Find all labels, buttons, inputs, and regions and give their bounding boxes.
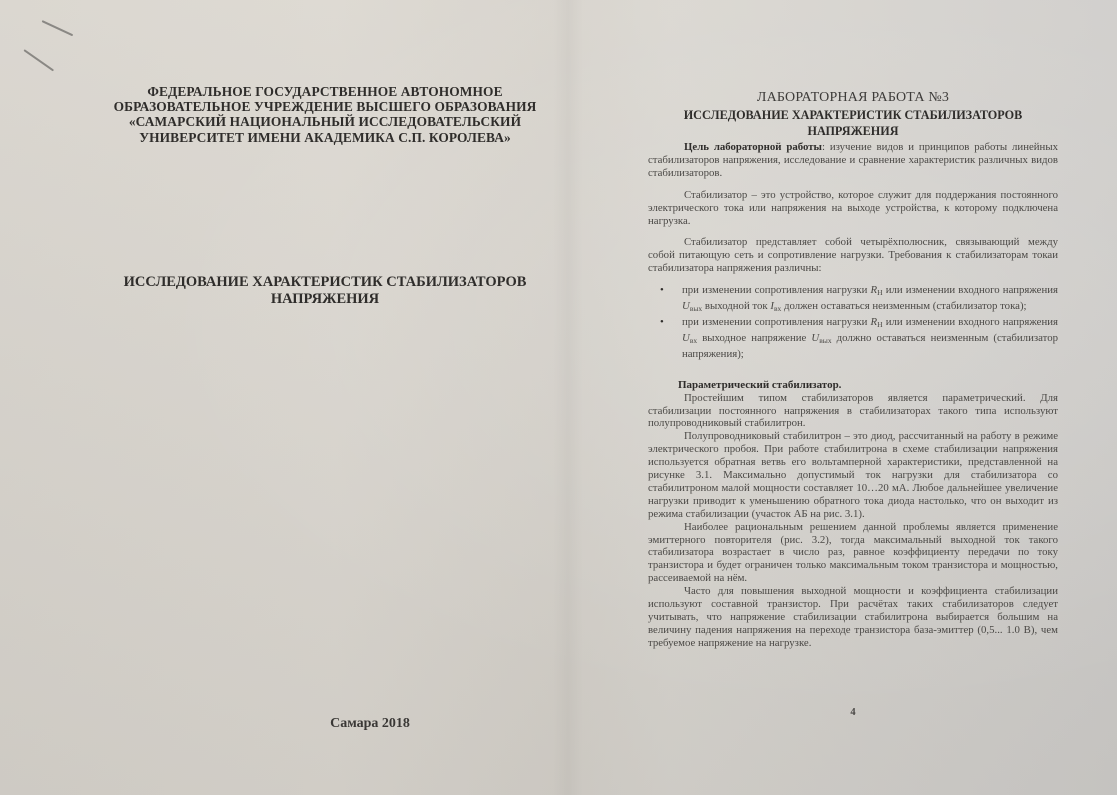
section-heading: Параметрический стабилизатор. (648, 379, 1058, 392)
goal-label: Цель лабораторной работы (684, 141, 822, 153)
organization-line: УНИВЕРСИТЕТ ИМЕНИ АКАДЕМИКА С.П. КОРОЛЕВ… (60, 130, 590, 145)
lab-work-title: ИССЛЕДОВАНИЕ ХАРАКТЕРИСТИК СТАБИЛИЗАТОРО… (648, 108, 1058, 139)
page-body: Цель лабораторной работы: изучение видов… (648, 141, 1058, 650)
list-item: при изменении сопротивления нагрузки RH … (682, 284, 1058, 316)
lab-title-line: ИССЛЕДОВАНИЕ ХАРАКТЕРИСТИК СТАБИЛИЗАТОРО… (648, 108, 1058, 124)
definition-paragraph: Стабилизатор – это устройство, которое с… (648, 189, 1058, 228)
quadripole-paragraph: Стабилизатор представляет собой четырёхп… (648, 236, 1058, 275)
body-paragraph: Наиболее рациональным решением данной пр… (648, 521, 1058, 586)
lab-title-line: НАПРЯЖЕНИЯ (648, 124, 1058, 140)
organization-header: ФЕДЕРАЛЬНОЕ ГОСУДАРСТВЕННОЕ АВТОНОМНОЕ О… (60, 84, 590, 145)
title-page: ФЕДЕРАЛЬНОЕ ГОСУДАРСТВЕННОЕ АВТОНОМНОЕ О… (60, 0, 590, 795)
lab-work-label: ЛАБОРАТОРНАЯ РАБОТА №3 (648, 90, 1058, 106)
cover-title-line: НАПРЯЖЕНИЯ (60, 291, 590, 308)
list-item: при изменении сопротивления нагрузки RH … (682, 316, 1058, 361)
pencil-mark (23, 49, 54, 71)
organization-line: ОБРАЗОВАТЕЛЬНОЕ УЧРЕЖДЕНИЕ ВЫСШЕГО ОБРАЗ… (60, 99, 590, 114)
body-paragraph: Простейшим типом стабилизаторов является… (648, 392, 1058, 431)
city-year: Самара 2018 (60, 716, 590, 732)
cover-title-line: ИССЛЕДОВАНИЕ ХАРАКТЕРИСТИК СТАБИЛИЗАТОРО… (60, 274, 590, 291)
goal-paragraph: Цель лабораторной работы: изучение видов… (648, 141, 1058, 180)
body-paragraph: Часто для повышения выходной мощности и … (648, 585, 1058, 650)
content-page: ЛАБОРАТОРНАЯ РАБОТА №3 ИССЛЕДОВАНИЕ ХАРА… (648, 0, 1058, 795)
page-number: 4 (648, 707, 1058, 718)
body-paragraph: Полупроводниковый стабилитрон – это диод… (648, 430, 1058, 520)
organization-line: «САМАРСКИЙ НАЦИОНАЛЬНЫЙ ИССЛЕДОВАТЕЛЬСКИ… (60, 114, 590, 129)
cover-title: ИССЛЕДОВАНИЕ ХАРАКТЕРИСТИК СТАБИЛИЗАТОРО… (60, 274, 590, 308)
requirements-list: при изменении сопротивления нагрузки RH … (648, 284, 1058, 361)
organization-line: ФЕДЕРАЛЬНОЕ ГОСУДАРСТВЕННОЕ АВТОНОМНОЕ (60, 84, 590, 99)
